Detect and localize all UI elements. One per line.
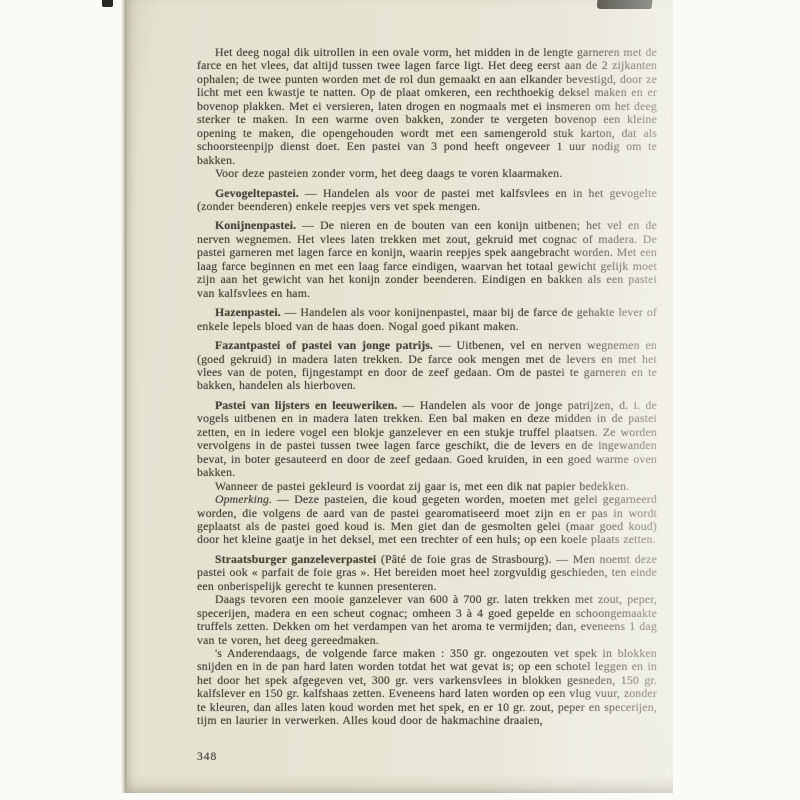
heading-french-name: (Pâté de foie gras de Strasbourg). (376, 552, 551, 566)
recipe-heading: Hazenpastei. (215, 305, 281, 319)
paragraph: Opmerking. — Deze pasteien, die koud geg… (197, 493, 657, 547)
paragraph: Wanneer de pastei gekleurd is voordat zi… (197, 480, 657, 493)
em-dash: — (272, 492, 294, 506)
em-dash: — (433, 338, 457, 352)
page-text: Het deeg nogal dik uitrollen in een oval… (197, 46, 657, 728)
recipe-heading: Konijnenpastei. (215, 218, 296, 232)
paragraph: 's Anderendaags, de volgende farce maken… (197, 647, 657, 728)
paragraph-text: Daags tevoren een mooie ganzelever van 6… (197, 592, 657, 646)
paragraph: Pastei van lijsters en leeuweriken. — Ha… (197, 399, 657, 480)
recipe-heading: Opmerking. (215, 492, 272, 506)
paragraph: Fazantpastei of pastei van jonge patrijs… (197, 339, 657, 393)
paragraph: Daags tevoren een mooie ganzelever van 6… (197, 593, 657, 647)
recipe-heading: Gevogeltepastei. (215, 186, 299, 200)
paragraph-text: Het deeg nogal dik uitrollen in een oval… (197, 45, 657, 167)
paragraph: Konijnenpastei. — De nieren en de bouten… (197, 219, 657, 300)
recipe-heading: Straatsburger ganzeleverpastei (215, 552, 376, 566)
scanned-cookbook-photo: Het deeg nogal dik uitrollen in een oval… (0, 0, 800, 800)
paragraph-text: Voor deze pasteien zonder vorm, het deeg… (215, 166, 562, 180)
page-number: 348 (197, 751, 217, 763)
book-page: Het deeg nogal dik uitrollen in een oval… (127, 0, 673, 793)
em-dash: — (397, 398, 420, 412)
paragraph: Het deeg nogal dik uitrollen in een oval… (197, 46, 657, 167)
recipe-heading: Fazantpastei of pastei van jonge patrijs… (215, 338, 433, 352)
paragraph: Hazenpastei. — Handelen als voor konijne… (197, 306, 657, 333)
paragraph: Voor deze pasteien zonder vorm, het deeg… (197, 167, 657, 180)
paragraph: Gevogeltepastei. — Handelen als voor de … (197, 187, 657, 214)
scan-artifact-top-right (597, 0, 653, 9)
recipe-heading: Pastei van lijsters en leeuweriken. (215, 398, 397, 412)
paragraph-text: 's Anderendaags, de volgende farce maken… (197, 646, 657, 727)
paragraph: Straatsburger ganzeleverpastei (Pâté de … (197, 553, 657, 593)
em-dash: — (296, 218, 320, 232)
em-dash: — (281, 305, 301, 319)
em-dash: — (299, 186, 323, 200)
em-dash: — (552, 552, 573, 566)
paragraph-text: Wanneer de pastei gekleurd is voordat zi… (215, 479, 629, 493)
scan-artifact-top-left (102, 0, 113, 7)
page-bottom-shadow (127, 775, 673, 793)
